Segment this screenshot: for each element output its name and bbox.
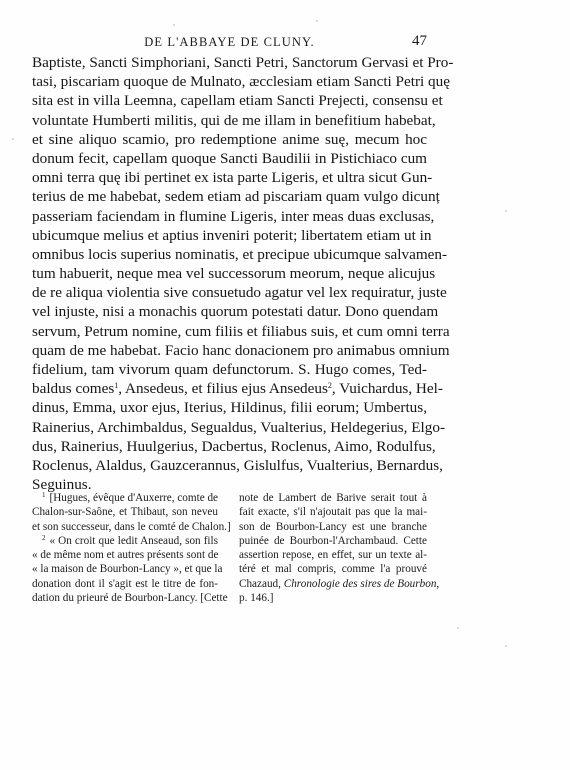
footnote-line: puinée de Bourbon-l'Archambaud. Cette xyxy=(239,534,427,548)
footnote-line: téré et mal compris, comme l'a prouvé xyxy=(239,562,427,576)
footnotes-right-column: note de Lambert de Barive serait tout à … xyxy=(239,491,427,605)
footnote-line: « la maison de Bourbon-Lancy », et que l… xyxy=(32,562,218,576)
body-line: dus, Rainerius, Huulgerius, Dacbertus, R… xyxy=(32,437,427,456)
running-title: DE L'ABBAYE DE CLUNY. xyxy=(32,35,427,50)
body-line: Rainerius, Archimbaldus, Segualdus, Vual… xyxy=(32,418,427,437)
footnote-line: donation dont il s'agit est le titre de … xyxy=(32,577,218,591)
body-line: de re aliqua violentia sive consuetudo a… xyxy=(32,283,427,302)
footnote-2-line: 2« On croit que ledit Anseaud, son fils xyxy=(32,534,218,548)
body-text-fragment: , Ansedeus, et filius ejus Ansedeus xyxy=(118,380,328,397)
running-head: DE L'ABBAYE DE CLUNY. 47 xyxy=(32,33,427,53)
book-page: DE L'ABBAYE DE CLUNY. 47 Baptiste, Sanct… xyxy=(0,0,570,770)
paper-speck xyxy=(457,627,459,629)
body-line: quam de me habebat. Facio hanc donacione… xyxy=(32,341,427,360)
footnote-line: son de Bourbon-Lancy est une branche xyxy=(239,520,427,534)
footnote-mark-2: 2 xyxy=(42,534,46,542)
body-line: et sine aliquo scamio, pro redemptione a… xyxy=(32,130,427,149)
paper-speck xyxy=(505,210,507,212)
body-line: voluntate Humberti militis, qui de me il… xyxy=(32,111,427,130)
paper-speck xyxy=(12,138,14,140)
footnote-1-line: 1[Hugues, évêque d'Auxerre, comte de xyxy=(32,491,218,505)
footnote-text: [Hugues, évêque d'Auxerre, comte de xyxy=(50,492,219,504)
footnote-text: , xyxy=(436,578,439,590)
footnote-text: Chazaud, xyxy=(239,578,284,590)
body-text: Baptiste, Sancti Simphoriani, Sancti Pet… xyxy=(32,53,427,494)
footnotes-left-column: 1[Hugues, évêque d'Auxerre, comte de Cha… xyxy=(32,491,218,605)
footnote-mark-1: 1 xyxy=(42,491,46,499)
footnote-line: p. 146.] xyxy=(239,591,427,605)
footnote-line: note de Lambert de Barive serait tout à xyxy=(239,491,427,505)
body-text-fragment: , Vuichardus, Hel- xyxy=(332,380,443,397)
body-line: ubicumque melius et aptius inveniri pote… xyxy=(32,226,427,245)
paper-speck xyxy=(505,645,507,647)
page-number: 47 xyxy=(412,33,427,50)
footnote-line: et son successeur, dans le comté de Chal… xyxy=(32,520,218,534)
body-line: tasi, piscariam quoque de Mulnato, æccle… xyxy=(32,72,427,91)
paper-speck xyxy=(173,24,175,26)
footnote-citation-line: Chazaud, Chronologie des sires de Bourbo… xyxy=(239,577,427,591)
body-line-with-footnote-refs: baldus comes1, Ansedeus, et filius ejus … xyxy=(32,379,427,398)
footnote-line: assertion repose, en effet, sur un texte… xyxy=(239,548,427,562)
body-line: vel injuste, nisi a monachis quorum pote… xyxy=(32,302,427,321)
footnote-text: « On croit que ledit Anseaud, son fils xyxy=(50,535,219,547)
footnote-line: « de même nom et autres présents sont de xyxy=(32,548,218,562)
body-line: terius de me habebat, sedem etiam ad pis… xyxy=(32,187,427,206)
body-line: Baptiste, Sancti Simphoriani, Sancti Pet… xyxy=(32,53,427,72)
body-line: omnibus locis superius nominatis, et pre… xyxy=(32,245,427,264)
body-line: Roclenus, Alaldus, Gauzcerannus, Gislulf… xyxy=(32,456,427,475)
body-line: omni terra quę ibi pertinet ex ista part… xyxy=(32,168,427,187)
paper-speck xyxy=(316,20,318,22)
body-line: fidelium, tam vivorum quam defunctorum. … xyxy=(32,360,427,379)
footnote-line: fait exacte, s'il n'ajoutait pas que la … xyxy=(239,505,427,519)
cited-work-title: Chronologie des sires de Bourbon xyxy=(284,578,437,590)
footnote-line: dation du prieuré de Bourbon-Lancy. [Cet… xyxy=(32,591,218,605)
body-text-fragment: baldus comes xyxy=(32,380,114,397)
body-line: donum fecit, capellam quoque Sancti Baud… xyxy=(32,149,427,168)
body-line: tum habuerit, neque mea vel successorum … xyxy=(32,264,427,283)
body-line: servum, Petrum nomine, cum filiis et fil… xyxy=(32,322,427,341)
body-line: sita est in villa Leemna, capellam etiam… xyxy=(32,91,427,110)
body-line: passeriam faciendam in flumine Ligeris, … xyxy=(32,207,427,226)
body-line: dinus, Emma, uxor ejus, Iterius, Hildinu… xyxy=(32,398,427,417)
footnote-line: Chalon-sur-Saône, et Thibaut, son neveu xyxy=(32,505,218,519)
